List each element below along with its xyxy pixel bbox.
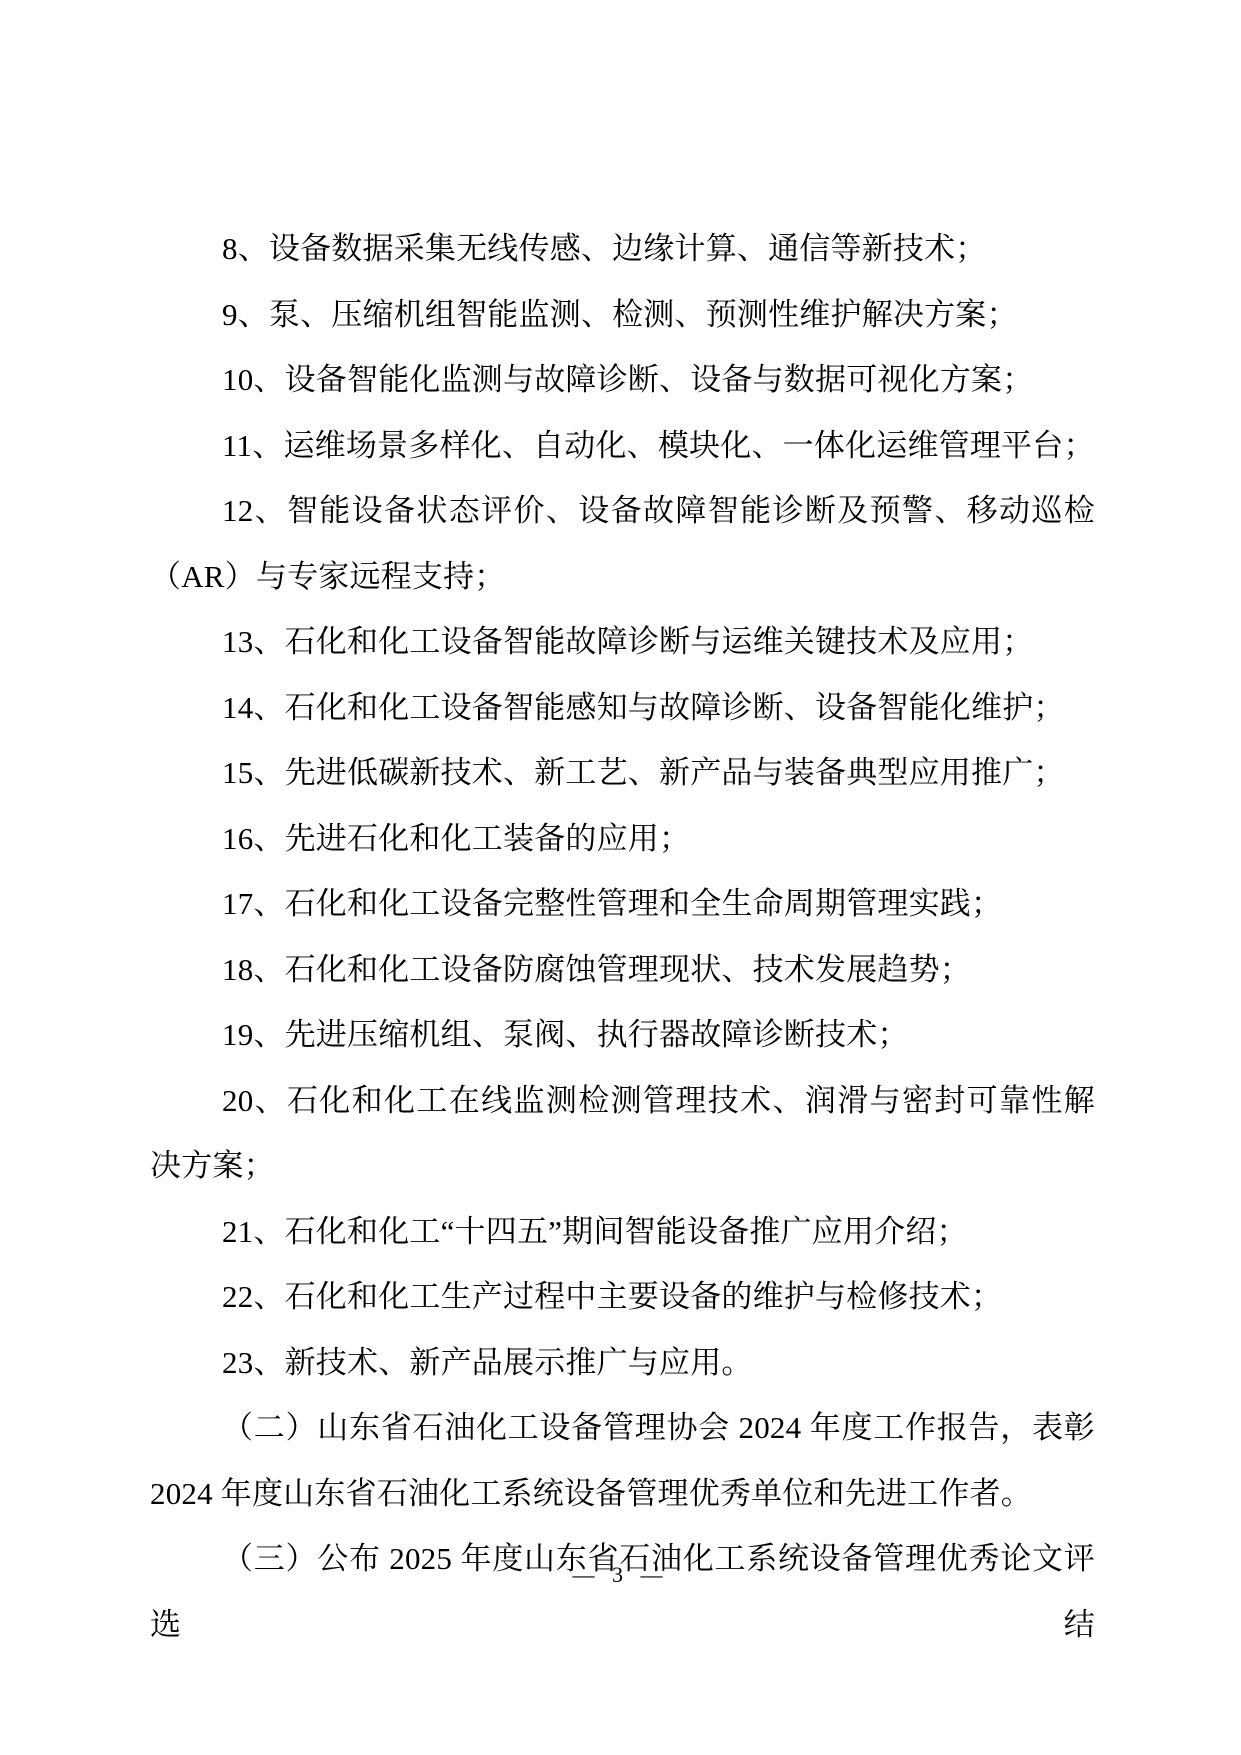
- list-item-13: 13、石化和化工设备智能故障诊断与运维关键技术及应用；: [150, 609, 1095, 675]
- list-item-20: 20、石化和化工在线监测检测管理技术、润滑与密封可靠性解决方案；: [150, 1068, 1095, 1199]
- list-item-12: 12、智能设备状态评价、设备故障智能诊断及预警、移动巡检（AR）与专家远程支持；: [150, 478, 1095, 609]
- list-item-14: 14、石化和化工设备智能感知与故障诊断、设备智能化维护；: [150, 675, 1095, 741]
- list-item-18: 18、石化和化工设备防腐蚀管理现状、技术发展趋势；: [150, 937, 1095, 1003]
- page-number: — 3 —: [0, 1560, 1241, 1590]
- list-item-16: 16、先进石化和化工装备的应用；: [150, 806, 1095, 872]
- list-item-8: 8、设备数据采集无线传感、边缘计算、通信等新技术；: [150, 216, 1095, 282]
- list-item-15: 15、先进低碳新技术、新工艺、新产品与装备典型应用推广；: [150, 740, 1095, 806]
- list-item-10: 10、设备智能化监测与故障诊断、设备与数据可视化方案；: [150, 347, 1095, 413]
- list-item-22: 22、石化和化工生产过程中主要设备的维护与检修技术；: [150, 1264, 1095, 1330]
- list-item-9: 9、泵、压缩机组智能监测、检测、预测性维护解决方案；: [150, 282, 1095, 348]
- list-item-21: 21、石化和化工“十四五”期间智能设备推广应用介绍；: [150, 1199, 1095, 1265]
- document-body: 8、设备数据采集无线传感、边缘计算、通信等新技术； 9、泵、压缩机组智能监测、检…: [150, 216, 1095, 1657]
- list-item-23: 23、新技术、新产品展示推广与应用。: [150, 1330, 1095, 1396]
- list-item-17: 17、石化和化工设备完整性管理和全生命周期管理实践；: [150, 871, 1095, 937]
- list-item-11: 11、运维场景多样化、自动化、模块化、一体化运维管理平台；: [150, 413, 1095, 479]
- paragraph-section-2: （二）山东省石油化工设备管理协会 2024 年度工作报告，表彰 2024 年度山…: [150, 1395, 1095, 1526]
- list-item-19: 19、先进压缩机组、泵阀、执行器故障诊断技术；: [150, 1002, 1095, 1068]
- paragraph-section-3: （三）公布 2025 年度山东省石油化工系统设备管理优秀论文评选结: [150, 1526, 1095, 1657]
- document-page: 8、设备数据采集无线传感、边缘计算、通信等新技术； 9、泵、压缩机组智能监测、检…: [0, 0, 1241, 1755]
